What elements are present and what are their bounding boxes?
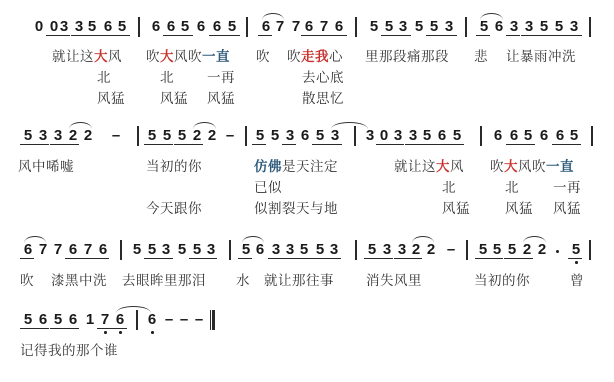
lyric-line: 风猛 <box>160 91 188 107</box>
lyric-line: 风猛 <box>505 201 533 217</box>
jianpu-note: 2 <box>425 242 437 258</box>
jianpu-note: 5 <box>506 242 518 258</box>
slur-tie <box>331 122 368 129</box>
eighth-note-underline <box>65 258 109 259</box>
barline <box>245 126 247 146</box>
jianpu-note: 3 <box>568 19 580 35</box>
jianpu-note: 5 <box>254 128 266 144</box>
barline <box>466 240 468 260</box>
jianpu-note: 5 <box>368 19 380 35</box>
slur-tie <box>116 306 151 313</box>
jianpu-note: – <box>193 312 205 328</box>
lyric-text: 风 <box>450 159 464 175</box>
lyric-line: 记得我的那个谁 <box>20 343 118 359</box>
jianpu-note: 5 <box>421 128 433 144</box>
jianpu-note: 2 <box>521 242 533 258</box>
jianpu-note: 5 <box>314 242 326 258</box>
lyric-text: 风猛 <box>97 91 125 107</box>
jianpu-note: 0 <box>33 19 45 35</box>
jianpu-note: 3 <box>523 19 535 35</box>
highlighted-lyric: 走我 <box>301 49 329 65</box>
final-barline <box>210 310 215 330</box>
lyric-text: 曾 <box>570 273 584 289</box>
highlighted-lyric: 大 <box>160 49 174 65</box>
lyric-line: 风猛 <box>207 91 235 107</box>
highlighted-lyric: 大 <box>94 49 108 65</box>
jianpu-note: 5 <box>553 19 565 35</box>
jianpu-note: 3 <box>364 128 376 144</box>
slur-tie <box>193 122 216 129</box>
lyric-line: 风猛 <box>97 91 125 107</box>
lyric-line: 里那段痛那段 <box>365 49 449 65</box>
barline <box>589 17 591 37</box>
jianpu-note: 5 <box>383 19 395 35</box>
low-octave-dot <box>104 331 107 334</box>
lyric-line: 当初的你 <box>474 273 530 289</box>
lyric-text: 吹 <box>20 273 34 289</box>
highlighted-lyric: 一直 <box>202 49 230 65</box>
eighth-note-underline <box>20 328 49 329</box>
lyric-line: 消失风里 <box>366 273 422 289</box>
jianpu-note: 6 <box>299 128 311 144</box>
slur-tie <box>69 122 92 129</box>
lyric-text: 是天注定 <box>282 159 338 175</box>
slur-tie <box>24 236 46 243</box>
eighth-note-underline <box>20 258 34 259</box>
jianpu-note: 3 <box>284 242 296 258</box>
eighth-note-underline <box>97 328 127 329</box>
jianpu-note: 5 <box>179 19 191 35</box>
lyric-line: 仿佛是天注定 <box>254 159 338 175</box>
jianpu-note: 5 <box>161 128 173 144</box>
jianpu-note: 6 <box>436 128 448 144</box>
jianpu-note: 2 <box>67 128 79 144</box>
lyric-text: 今天跟你 <box>146 201 202 217</box>
lyric-line: 曾 <box>570 273 584 289</box>
lyric-line: 已似 <box>254 180 282 196</box>
barline <box>354 126 356 146</box>
lyric-line: 风中唏嘘 <box>18 159 74 175</box>
eighth-note-underline <box>50 328 79 329</box>
lyric-text: 风猛 <box>442 201 470 217</box>
jianpu-note: 7 <box>99 312 111 328</box>
jianpu-note: 5 <box>22 128 34 144</box>
lyric-line: 吹大风吹一直 <box>146 49 230 65</box>
jianpu-note: 5 <box>131 242 143 258</box>
eighth-note-underline <box>252 144 266 145</box>
jianpu-note: 5 <box>570 242 582 258</box>
lyric-line: 悲 <box>474 49 488 65</box>
jianpu-note: 5 <box>52 312 64 328</box>
jianpu-note: 3 <box>205 242 217 258</box>
jianpu-note: 3 <box>284 128 296 144</box>
eighth-note-underline <box>476 35 490 36</box>
lyric-text: 风吹 <box>174 49 202 65</box>
jianpu-note: 6 <box>538 128 550 144</box>
barline <box>465 17 467 37</box>
jianpu-note: 3 <box>270 242 282 258</box>
lyric-text: 风中唏嘘 <box>18 159 74 175</box>
jianpu-note: 6 <box>67 312 79 328</box>
lyric-text: 吹 <box>146 49 160 65</box>
jianpu-note: 5 <box>191 242 203 258</box>
jianpu-note: – <box>178 312 190 328</box>
eighth-note-underline <box>238 258 252 259</box>
jianpu-note: 5 <box>116 19 128 35</box>
lyric-line: 吹 <box>20 273 34 289</box>
eighth-note-underline <box>282 144 296 145</box>
jianpu-score-sheet: 0033565665665677676553553563355353322–55… <box>0 0 614 382</box>
eighth-note-underline <box>209 35 240 36</box>
jianpu-note: 5 <box>413 19 425 35</box>
lyric-text: 北 <box>505 180 519 196</box>
lyric-line: 就让这大风 <box>52 49 122 65</box>
jianpu-note: 6 <box>114 312 126 328</box>
jianpu-note: 5 <box>478 19 490 35</box>
eighth-note-underline <box>434 144 464 145</box>
jianpu-note: 3 <box>396 242 408 258</box>
lyric-text: 让暴雨冲洗 <box>506 49 576 65</box>
lyric-text: 就让这 <box>394 159 436 175</box>
barline <box>229 240 231 260</box>
lyric-line: 吹 <box>256 49 270 65</box>
lyric-line: 去心底 <box>302 70 344 86</box>
lyric-line: 似割裂天与地 <box>254 201 338 217</box>
jianpu-note: 5 <box>298 242 310 258</box>
eighth-note-underline <box>144 144 173 145</box>
lyric-text: 吹 <box>490 159 504 175</box>
lyric-line: 北 <box>160 70 174 86</box>
barline <box>355 17 357 37</box>
barline <box>355 240 357 260</box>
lyric-text: 散思忆 <box>302 91 344 107</box>
jianpu-note: 7 <box>52 242 64 258</box>
lyric-text: 一再 <box>553 180 581 196</box>
lyric-text: 就让这 <box>52 49 94 65</box>
jianpu-note: 5 <box>314 128 326 144</box>
jianpu-note: 3 <box>381 242 393 258</box>
jianpu-note: 5 <box>269 128 281 144</box>
lyric-line: 今天跟你 <box>146 201 202 217</box>
lyric-text: 心 <box>329 49 343 65</box>
lyric-text: 风猛 <box>160 91 188 107</box>
low-octave-dot <box>575 261 578 264</box>
eighth-note-underline <box>144 258 173 259</box>
lyric-text: 漆黑中洗 <box>51 273 107 289</box>
jianpu-note: 7 <box>318 19 330 35</box>
jianpu-note: 6 <box>303 19 315 35</box>
jianpu-note: 5 <box>226 19 238 35</box>
jianpu-note: 5 <box>22 312 34 328</box>
eighth-note-underline <box>50 144 79 145</box>
lyric-text: 消失风里 <box>366 273 422 289</box>
jianpu-note: 6 <box>97 242 109 258</box>
jianpu-note: 2 <box>82 128 94 144</box>
lyric-line: 就让这大风 <box>394 159 464 175</box>
jianpu-note: 3 <box>443 19 455 35</box>
eighth-note-underline <box>426 35 457 36</box>
barline <box>137 126 139 146</box>
jianpu-note: 5 <box>240 242 252 258</box>
lyric-text: 风 <box>108 49 122 65</box>
lyric-line: 去眼眸里那泪 <box>122 273 206 289</box>
jianpu-note: 3 <box>392 128 404 144</box>
lyric-text: 风吹 <box>518 159 546 175</box>
jianpu-note: 6 <box>37 312 49 328</box>
jianpu-note: 6 <box>195 19 207 35</box>
jianpu-note: 5 <box>477 242 489 258</box>
highlighted-lyric: 大 <box>436 159 450 175</box>
jianpu-note: 2 <box>410 242 422 258</box>
lyric-text: 风猛 <box>505 201 533 217</box>
barline <box>589 240 591 260</box>
jianpu-note: 3 <box>407 128 419 144</box>
jianpu-note: 5 <box>176 128 188 144</box>
jianpu-note: 3 <box>37 128 49 144</box>
jianpu-note: 2 <box>191 128 203 144</box>
jianpu-note: 6 <box>554 128 566 144</box>
jianpu-note: 7 <box>37 242 49 258</box>
jianpu-note: 6 <box>493 19 505 35</box>
eighth-note-underline <box>301 35 347 36</box>
lyric-text: 去眼眸里那泪 <box>122 273 206 289</box>
jianpu-note: – <box>110 128 122 144</box>
lyric-text: 已似 <box>254 180 282 196</box>
eighth-note-underline <box>568 258 582 259</box>
low-octave-dot <box>151 331 154 334</box>
jianpu-note: 3 <box>73 19 85 35</box>
eighth-note-underline <box>376 144 404 145</box>
barline <box>591 126 593 146</box>
barline <box>136 310 138 330</box>
jianpu-note: 6 <box>508 128 520 144</box>
jianpu-note: 3 <box>329 128 341 144</box>
lyric-line: 当初的你 <box>146 159 202 175</box>
highlighted-lyric: 一直 <box>546 159 574 175</box>
jianpu-note: 7 <box>82 242 94 258</box>
lyric-text: 记得我的那个谁 <box>20 343 118 359</box>
jianpu-note: 3 <box>52 128 64 144</box>
lyric-text: 北 <box>442 180 456 196</box>
lyric-text: 风猛 <box>207 91 235 107</box>
lyric-line: 北 <box>442 180 456 196</box>
slur-tie <box>412 236 434 243</box>
low-octave-dot <box>119 331 122 334</box>
eighth-note-underline <box>20 144 49 145</box>
slur-tie <box>523 236 546 243</box>
lyric-line: 水 <box>236 273 250 289</box>
jianpu-note: 2 <box>206 128 218 144</box>
jianpu-note: 6 <box>150 19 162 35</box>
eighth-note-underline <box>258 35 272 36</box>
jianpu-note: 5 <box>366 242 378 258</box>
jianpu-note: 6 <box>67 242 79 258</box>
jianpu-note: 6 <box>22 242 34 258</box>
jianpu-note: – <box>224 128 236 144</box>
jianpu-note: 5 <box>146 242 158 258</box>
jianpu-note: 7 <box>290 19 302 35</box>
eighth-note-underline <box>312 144 342 145</box>
eighth-note-underline <box>364 258 393 259</box>
lyric-line: 风猛 <box>442 201 470 217</box>
eighth-note-underline <box>71 35 130 36</box>
slur-tie <box>262 13 284 20</box>
lyric-line: 风猛 <box>553 201 581 217</box>
lyric-text: 当初的你 <box>146 159 202 175</box>
lyric-line: 北 <box>97 70 111 86</box>
jianpu-note: – <box>445 242 457 258</box>
jianpu-note: 1 <box>84 312 96 328</box>
lyric-line: 就让那往事 <box>264 273 334 289</box>
augmentation-dot <box>556 250 559 253</box>
jianpu-note: – <box>163 312 175 328</box>
jianpu-note: 6 <box>333 19 345 35</box>
jianpu-note: 3 <box>397 19 409 35</box>
jianpu-note: 6 <box>254 242 266 258</box>
jianpu-note: 3 <box>328 242 340 258</box>
eighth-note-underline <box>189 258 217 259</box>
lyric-text: 当初的你 <box>474 273 530 289</box>
lyric-text: 悲 <box>474 49 488 65</box>
jianpu-note: 3 <box>508 19 520 35</box>
jianpu-note: 0 <box>378 128 390 144</box>
eighth-note-underline <box>552 144 581 145</box>
lyric-line: 让暴雨冲洗 <box>506 49 576 65</box>
slur-tie <box>480 13 503 20</box>
lyric-text: 北 <box>97 70 111 86</box>
jianpu-note: 3 <box>58 19 70 35</box>
eighth-note-underline <box>46 35 70 36</box>
jianpu-note: 6 <box>146 312 158 328</box>
jianpu-note: 5 <box>538 19 550 35</box>
eighth-note-underline <box>381 35 411 36</box>
lyric-line: 吹大风吹一直 <box>490 159 574 175</box>
lyric-text: 北 <box>160 70 174 86</box>
jianpu-note: 5 <box>428 19 440 35</box>
lyric-line: 北 <box>505 180 519 196</box>
eighth-note-underline <box>282 258 341 259</box>
barline <box>138 17 140 37</box>
eighth-note-underline <box>174 144 203 145</box>
jianpu-note: 2 <box>536 242 548 258</box>
jianpu-note: 6 <box>102 19 114 35</box>
jianpu-note: 6 <box>165 19 177 35</box>
lyric-text: 一再 <box>207 70 235 86</box>
eighth-note-underline <box>163 35 193 36</box>
lyric-text: 吹 <box>287 49 301 65</box>
barline <box>480 126 482 146</box>
jianpu-note: 5 <box>522 128 534 144</box>
jianpu-note: 5 <box>176 242 188 258</box>
eighth-note-underline <box>504 258 533 259</box>
jianpu-note: 5 <box>491 242 503 258</box>
lyric-text: 里那段痛那段 <box>365 49 449 65</box>
lyric-text: 吹 <box>256 49 270 65</box>
lyric-line: 吹走我心 <box>287 49 343 65</box>
jianpu-note: 5 <box>86 19 98 35</box>
eighth-note-underline <box>506 144 535 145</box>
eighth-note-underline <box>394 258 422 259</box>
lyric-line: 一再 <box>207 70 235 86</box>
jianpu-note: 5 <box>146 128 158 144</box>
highlighted-lyric: 大 <box>504 159 518 175</box>
lyric-text: 去心底 <box>302 70 344 86</box>
barline <box>120 240 122 260</box>
lyric-text: 水 <box>236 273 250 289</box>
jianpu-note: 5 <box>451 128 463 144</box>
barline <box>246 17 248 37</box>
eighth-note-underline <box>405 144 434 145</box>
lyric-text: 似割裂天与地 <box>254 201 338 217</box>
slur-tie <box>242 236 264 243</box>
eighth-note-underline <box>506 35 520 36</box>
eighth-note-underline <box>268 258 282 259</box>
lyric-text: 就让那往事 <box>264 273 334 289</box>
jianpu-note: 6 <box>260 19 272 35</box>
highlighted-lyric: 仿佛 <box>254 159 282 175</box>
lyric-line: 散思忆 <box>302 91 344 107</box>
jianpu-note: 5 <box>568 128 580 144</box>
jianpu-note: 3 <box>160 242 172 258</box>
jianpu-note: 6 <box>211 19 223 35</box>
eighth-note-underline <box>475 258 503 259</box>
lyric-line: 漆黑中洗 <box>51 273 107 289</box>
jianpu-note: 7 <box>274 19 286 35</box>
lyric-line: 一再 <box>553 180 581 196</box>
eighth-note-underline <box>521 35 582 36</box>
jianpu-note: 6 <box>492 128 504 144</box>
lyric-text: 风猛 <box>553 201 581 217</box>
